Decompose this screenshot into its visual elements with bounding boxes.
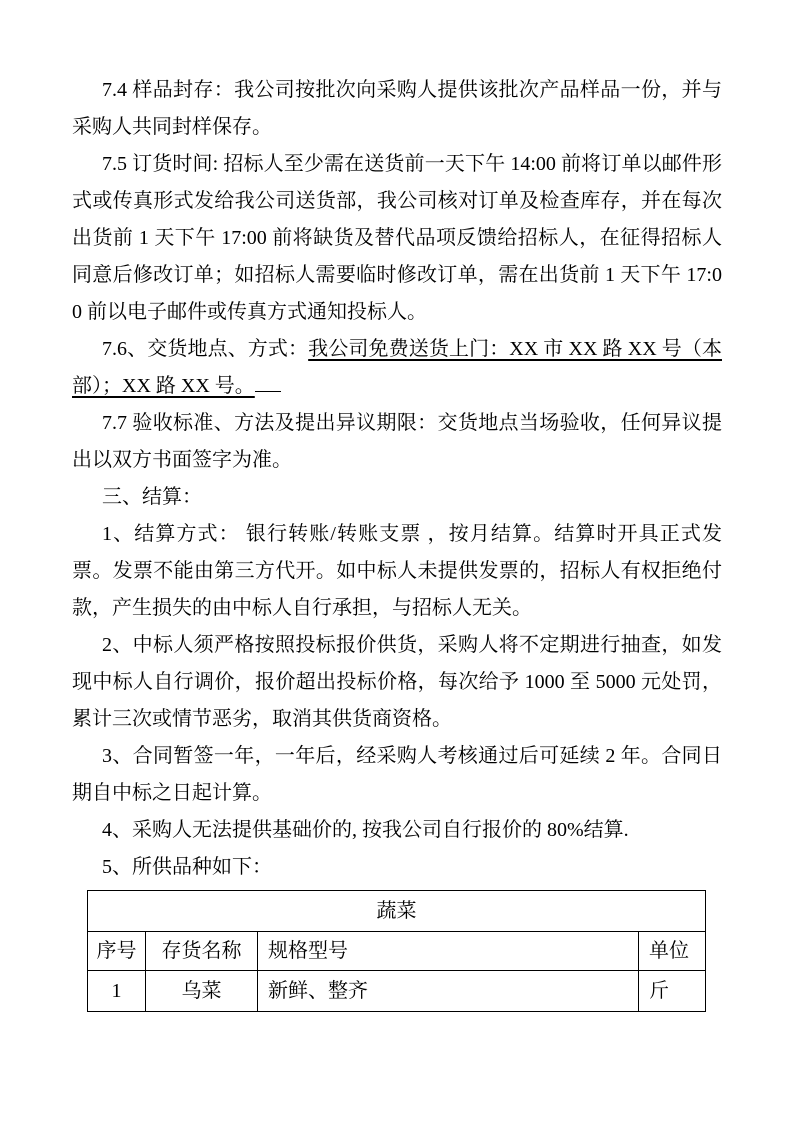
document-page: 7.4 样品封存：我公司按批次向采购人提供该批次产品样品一份，并与采购人共同封样… (0, 0, 794, 1123)
settlement-item-4-base-price: 4、采购人无法提供基础价的, 按我公司自行报价的 80%结算. (72, 812, 722, 849)
table-cell-unit: 斤 (639, 971, 706, 1012)
underline-tail (255, 369, 281, 392)
paragraph-7-6-delivery-location: 7.6、交货地点、方式：我公司免费送货上门：XX 市 XX 路 XX 号（本部）… (72, 331, 722, 405)
table-header-unit: 单位 (639, 932, 706, 971)
table-cell-serial-number: 1 (88, 971, 146, 1012)
table-title-row: 蔬菜 (88, 891, 706, 932)
settlement-item-1-payment-method: 1、结算方式： 银行转账/转账支票 ，按月结算。结算时开具正式发票。发票不能由第… (72, 516, 722, 627)
settlement-item-3-contract-term: 3、合同暂签一年，一年后，经采购人考核通过后可延续 2 年。合同日期自中标之日起… (72, 738, 722, 812)
table-header-serial-number: 序号 (88, 932, 146, 971)
supply-items-table: 蔬菜 序号 存货名称 规格型号 单位 1 乌菜 新鲜、整齐 斤 (87, 890, 706, 1012)
paragraph-7-5-order-time: 7.5 订货时间: 招标人至少需在送货前一天下午 14:00 前将订单以邮件形式… (72, 146, 722, 331)
section-heading-settlement: 三、结算： (72, 479, 722, 516)
paragraph-7-6-prefix: 7.6、交货地点、方式： (102, 338, 308, 360)
table-title-vegetables: 蔬菜 (88, 891, 706, 932)
table-cell-item-name: 乌菜 (146, 971, 258, 1012)
table-data-row-1: 1 乌菜 新鲜、整齐 斤 (88, 971, 706, 1012)
settlement-item-2-price-penalty: 2、中标人须严格按照投标报价供货，采购人将不定期进行抽查，如发现中标人自行调价，… (72, 627, 722, 738)
table-cell-specification: 新鲜、整齐 (258, 971, 639, 1012)
settlement-item-5-supplied-varieties: 5、所供品种如下： (72, 849, 722, 886)
table-header-row: 序号 存货名称 规格型号 单位 (88, 932, 706, 971)
paragraph-7-7-acceptance-standard: 7.7 验收标准、方法及提出异议期限：交货地点当场验收，任何异议提出以双方书面签… (72, 405, 722, 479)
table-header-item-name: 存货名称 (146, 932, 258, 971)
table-header-specification: 规格型号 (258, 932, 639, 971)
paragraph-7-4-sample-sealing: 7.4 样品封存：我公司按批次向采购人提供该批次产品样品一份，并与采购人共同封样… (72, 72, 722, 146)
